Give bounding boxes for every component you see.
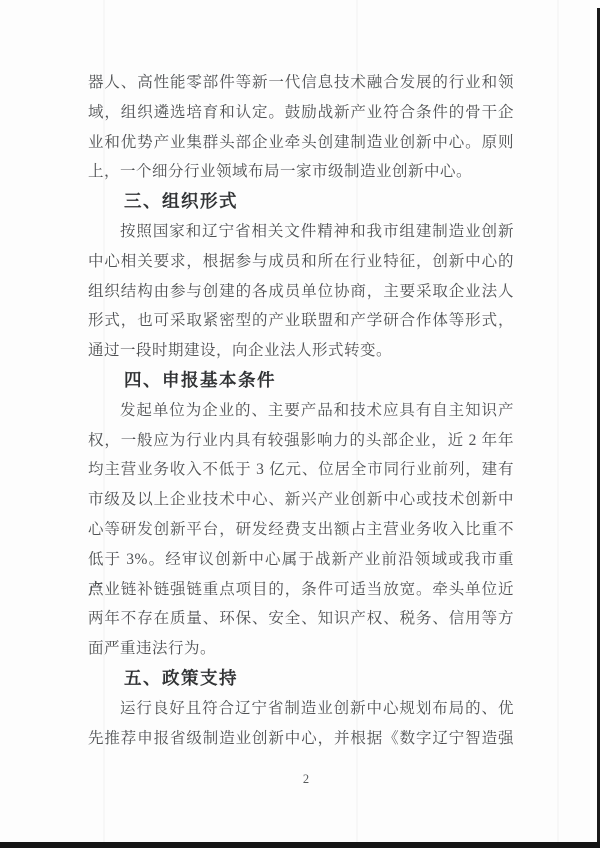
scan-edge-bottom [0, 842, 600, 848]
section-heading: 四、申报基本条件 [88, 366, 514, 396]
text-line: 运行良好且符合辽宁省制造业创新中心规划布局的、优 [88, 694, 514, 724]
text-line: 业和优势产业集群头部企业牵头创建制造业创新中心。原则 [88, 128, 514, 158]
text-line: 器人、高性能零部件等新一代信息技术融合发展的行业和领 [88, 68, 514, 98]
text-line: 发起单位为企业的、主要产品和技术应具有自主知识产 [88, 396, 514, 426]
text-line: 市级及以上企业技术中心、新兴产业创新中心或技术创新中 [88, 485, 514, 515]
text-line: 域，组织遴选培育和认定。鼓励战新产业符合条件的骨干企 [88, 98, 514, 128]
text-line: 先推荐申报省级制造业创新中心，并根据《数字辽宁智造强 [88, 724, 514, 754]
text-line: 两年不存在质量、环保、安全、知识产权、税务、信用等方 [88, 604, 514, 634]
text-line: 中心相关要求，根据参与成员和所在行业特征，创新中心的 [88, 247, 514, 277]
scan-streak-line [557, 0, 559, 848]
text-line: 均主营业务收入不低于 3 亿元、位居全市同行业前列，建有 [88, 455, 514, 485]
text-line: 产业链补链强链重点项目的，条件可适当放宽。牵头单位近 [88, 575, 514, 605]
text-line: 按照国家和辽宁省相关文件精神和我市组建制造业创新 [88, 217, 514, 247]
text-line: 面严重违法行为。 [88, 634, 514, 664]
document-body: 器人、高性能零部件等新一代信息技术融合发展的行业和领域，组织遴选培育和认定。鼓励… [88, 68, 514, 753]
text-line: 通过一段时期建设，向企业法人形式转变。 [88, 336, 514, 366]
page-number: 2 [0, 772, 600, 787]
text-line: 权，一般应为行业内具有较强影响力的头部企业，近 2 年年 [88, 426, 514, 456]
text-line: 低于 3%。经审议创新中心属于战新产业前沿领域或我市重点 [88, 545, 514, 575]
text-line: 组织结构由参与创建的各成员单位协商，主要采取企业法人 [88, 277, 514, 307]
text-line: 上，一个细分行业领域布局一家市级制造业创新中心。 [88, 157, 514, 187]
text-line: 心等研发创新平台，研发经费支出额占主营业务收入比重不 [88, 515, 514, 545]
document-page: 器人、高性能零部件等新一代信息技术融合发展的行业和领域，组织遴选培育和认定。鼓励… [0, 0, 600, 848]
section-heading: 三、组织形式 [88, 187, 514, 217]
section-heading: 五、政策支持 [88, 664, 514, 694]
text-line: 形式，也可采取紧密型的产业联盟和产学研合作体等形式， [88, 306, 514, 336]
